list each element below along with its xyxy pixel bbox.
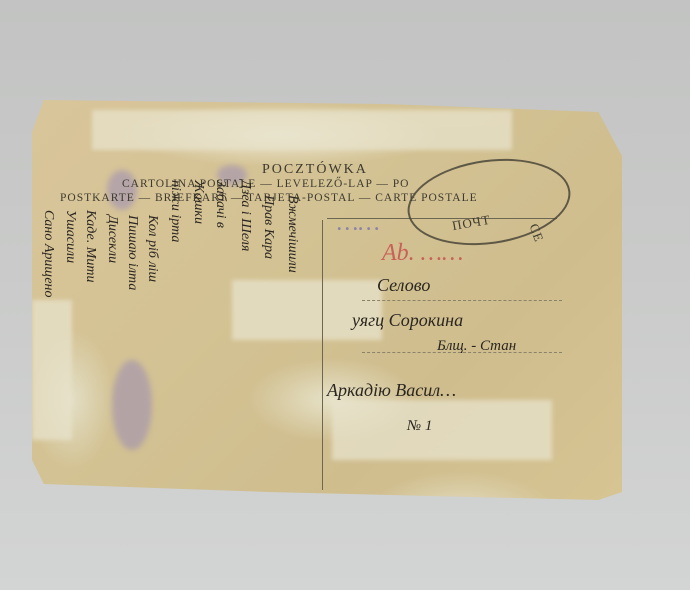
address-line-2: уягц Сорокина (352, 310, 463, 331)
printed-languages-line-1: CARTOLINA POSTALE — LEVELEZŐ-LAP — PO (122, 178, 409, 190)
postcard: POCZTÓWKA CARTOLINA POSTALE — LEVELEZŐ-L… (32, 100, 622, 500)
violet-ink-blot (107, 170, 137, 210)
message-column: Прав Кара (260, 195, 276, 259)
red-pencil-overwrite: Ab. …… (382, 240, 463, 267)
message-column: Вжмечішили (284, 195, 300, 273)
address-line-5: № 1 (407, 418, 432, 435)
address-line-3: Блщ. - Стан (437, 338, 516, 355)
paper-tear (332, 400, 552, 460)
violet-ink-blot (112, 360, 152, 450)
message-column: Дисекли (104, 215, 120, 263)
message-column: піжи ірта (167, 180, 183, 242)
printed-title: POCZTÓWKA (262, 162, 368, 178)
address-line (362, 300, 562, 302)
message-column: Жашки (190, 180, 206, 224)
message-column: Кол ріб ліш (144, 215, 160, 282)
message-column: Ушасили (62, 210, 78, 263)
message-column: Каде. Мити (82, 210, 98, 283)
paper-tear (32, 300, 72, 440)
message-column: Сано Арищено (40, 210, 56, 298)
paper-tear (92, 110, 512, 150)
center-divider (322, 220, 323, 490)
message-column: Дзеа і Шеля (237, 180, 253, 251)
violet-pencil-overwrite: …… (337, 210, 380, 237)
address-line-4: Аркадію Васил… (327, 380, 456, 401)
message-column: Забачі в (212, 180, 228, 228)
message-column: Пишаю ілта (124, 215, 140, 290)
address-line-1: Селово (377, 275, 430, 296)
